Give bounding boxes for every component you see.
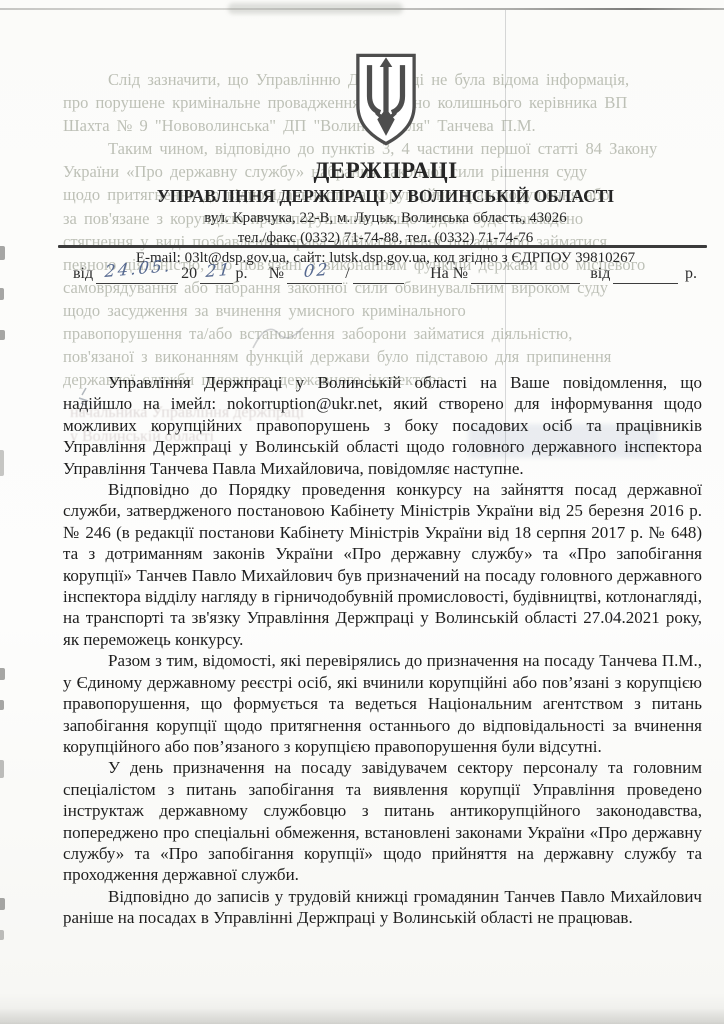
- bleed-line: правопорушення та/або встановлення забор…: [63, 322, 705, 345]
- scan-edge-mark: [0, 246, 5, 260]
- body-paragraph: Відповідно до записів у трудовій книжці …: [63, 886, 702, 929]
- scan-edge-mark: [0, 898, 5, 910]
- org-address: вул. Кравчука, 22-В, м. Луцьк, Волинська…: [58, 208, 713, 228]
- scan-edge-mark: [0, 930, 4, 940]
- incoming-year-suffix-label: р.: [682, 265, 700, 284]
- number-slash: /: [342, 265, 352, 284]
- scan-bottom-shadow: [0, 1008, 724, 1024]
- letterhead: ДЕРЖПРАЦІ УПРАВЛІННЯ ДЕРЖПРАЦІ У ВОЛИНСЬ…: [58, 52, 713, 268]
- incoming-from-label: від: [587, 265, 613, 284]
- outgoing-year-field: 21: [200, 261, 232, 284]
- handwritten-number: 02: [303, 260, 331, 281]
- org-subtitle: УПРАВЛІННЯ ДЕРЖПРАЦІ У ВОЛИНСЬКІЙ ОБЛАСТ…: [58, 184, 713, 208]
- scan-edge-mark: [0, 450, 4, 476]
- outgoing-number-field: 02: [287, 261, 342, 284]
- bleed-line: щодо засудження за вчинення умисного кри…: [63, 299, 705, 322]
- body-paragraph: Разом з тим, відомості, які перевірялись…: [63, 650, 702, 757]
- outgoing-date-field: 24.05.: [96, 261, 178, 284]
- number-label: №: [266, 265, 287, 284]
- ukraine-trident-emblem-icon: [354, 52, 418, 153]
- org-name: ДЕРЖПРАЦІ: [58, 158, 713, 184]
- scan-edge-mark: [0, 668, 5, 680]
- scan-edge-mark: [0, 760, 4, 778]
- incoming-date-field: [613, 261, 678, 284]
- from-label: від: [70, 265, 96, 284]
- scan-edge-mark: [0, 330, 5, 340]
- handwritten-date: 24.05.: [104, 256, 173, 281]
- letter-body: Управління Держпраці у Волинській област…: [63, 372, 702, 929]
- faint-pen-scribble: [245, 318, 315, 358]
- handwritten-year: 21: [205, 260, 233, 281]
- scan-edge-mark: [0, 700, 4, 710]
- incoming-number-label: На №: [427, 265, 471, 284]
- outgoing-number-suffix-field: [353, 261, 404, 284]
- year-suffix-label: р.: [233, 265, 251, 284]
- scan-edge-mark: [0, 288, 4, 300]
- bleed-line: пов'язаної з виконанням функцій держави …: [63, 345, 705, 368]
- incoming-number-field: [471, 261, 580, 284]
- letterhead-divider-rule: [58, 245, 707, 248]
- century-label: 20: [178, 265, 200, 284]
- scan-top-smudge: [228, 3, 403, 14]
- scanned-letter-page: Слід зазначити, що Управлінню Держпраці …: [0, 0, 724, 1024]
- body-paragraph: У день призначення на посаду завідувачем…: [63, 757, 702, 885]
- reference-line: від 24.05. 20 21 р. № 02 / На № від р.: [70, 258, 700, 284]
- body-paragraph: Відповідно до Порядку проведення конкурс…: [63, 479, 702, 650]
- body-paragraph: Управління Держпраці у Волинській област…: [63, 372, 702, 479]
